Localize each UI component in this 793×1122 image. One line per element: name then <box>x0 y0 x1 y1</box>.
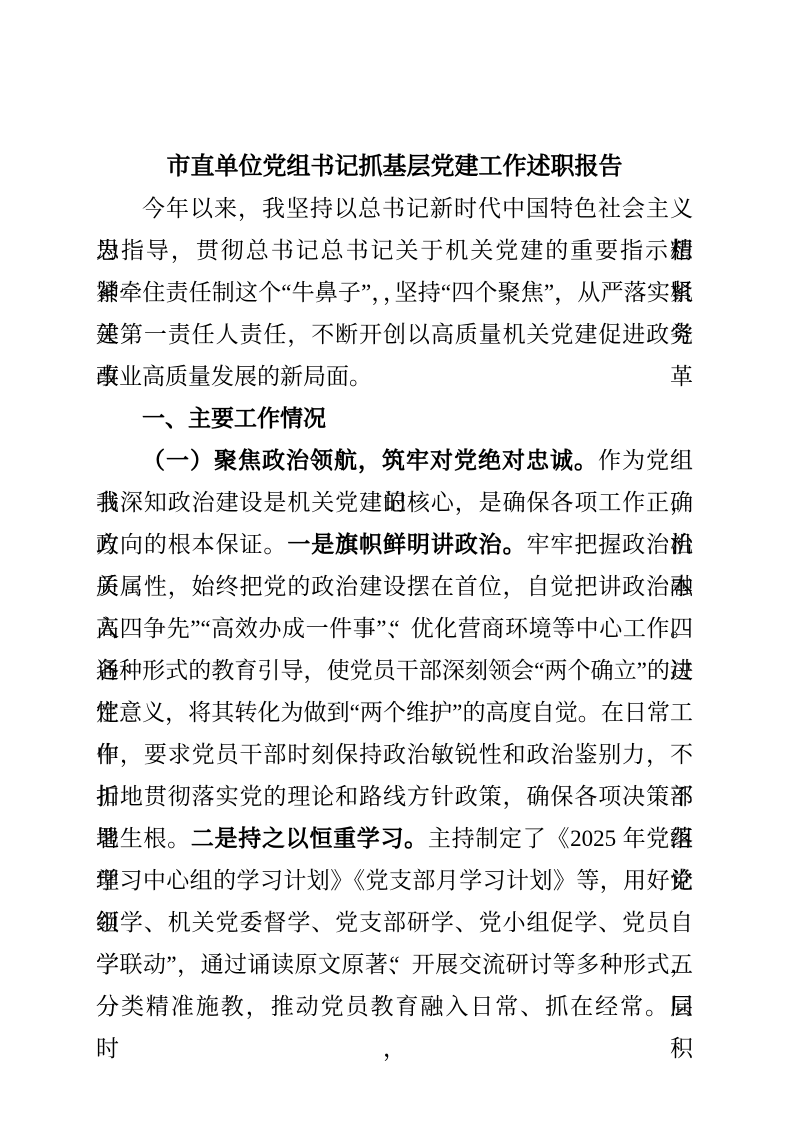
text-line: 一、主要工作情况 <box>96 398 693 440</box>
text-run: 一是旗帜鲜明讲政治。 <box>287 532 526 557</box>
text-line: 我深知政治建设是机关党建的核心，是确保各项工作正确政治 <box>96 482 693 524</box>
text-line: 方向的根本保证。一是旗帜鲜明讲政治。牢牢把握政治机关本 <box>96 524 693 566</box>
document-body: 今年以来，我坚持以总书记新时代中国特色社会主义思想为指导，贯彻总书记总书记关于机… <box>96 188 693 1028</box>
text-line: 领学、机关党委督学、党支部研学、党小组促学、党员自学“五 <box>96 902 693 944</box>
document-title: 市直单位党组书记抓基层党建工作述职报告 <box>96 146 693 188</box>
text-line: 高四争先”“高效办成一件事”、优化营商环境等中心工作。通过 <box>96 608 693 650</box>
text-line: 今年以来，我坚持以总书记新时代中国特色社会主义思想 <box>96 188 693 230</box>
text-line: 质属性，始终把党的政治建设摆在首位，自觉把讲政治融入“四 <box>96 566 693 608</box>
text-line: 为指导，贯彻总书记总书记关于机关党建的重要指示精神，紧 <box>96 230 693 272</box>
text-line: 建第一责任人责任，不断开创以高质量机关党建促进政务改革 <box>96 314 693 356</box>
text-line: 中，要求党员干部时刻保持政治敏锐性和政治鉴别力，不折不 <box>96 734 693 776</box>
text-line: （一）聚焦政治领航，筑牢对党绝对忠诚。作为党组书记， <box>96 440 693 482</box>
text-run: 一、主要工作情况 <box>142 406 326 431</box>
text-run: 事业高质量发展的新局面。 <box>96 364 372 389</box>
text-line: 地生根。二是持之以恒重学习。主持制定了《2025 年党组理论 <box>96 818 693 860</box>
text-run: （一）聚焦政治领航，筑牢对党绝对忠诚。 <box>142 448 598 473</box>
text-line: 紧牵住责任制这个“牛鼻子”，坚持“四个聚焦”，从严落实机关党 <box>96 272 693 314</box>
text-line: 学联动”，通过诵读原文原著、开展交流研讨等多种形式，分层 <box>96 944 693 986</box>
text-line: 性意义，将其转化为做到“两个维护”的高度自觉。在日常工作 <box>96 692 693 734</box>
text-line: 分类精准施教，推动党员教育融入日常、抓在经常。同时，积 <box>96 986 693 1028</box>
text-line: 各种形式的教育引导，使党员干部深刻领会“两个确立”的决定 <box>96 650 693 692</box>
text-run: 二是持之以恒重学习。 <box>191 826 428 851</box>
text-line: 扣地贯彻落实党的理论和路线方针政策，确保各项决策部署落 <box>96 776 693 818</box>
text-run: 方向的根本保证。 <box>96 532 287 557</box>
text-run: 分类精准施教，推动党员教育融入日常、抓在经常。同时，积 <box>96 994 693 1061</box>
document-page: 市直单位党组书记抓基层党建工作述职报告 今年以来，我坚持以总书记新时代中国特色社… <box>0 0 793 1122</box>
text-line: 学习中心组的学习计划》《党支部月学习计划》等，用好党组 <box>96 860 693 902</box>
text-run: 地生根。 <box>96 826 191 851</box>
